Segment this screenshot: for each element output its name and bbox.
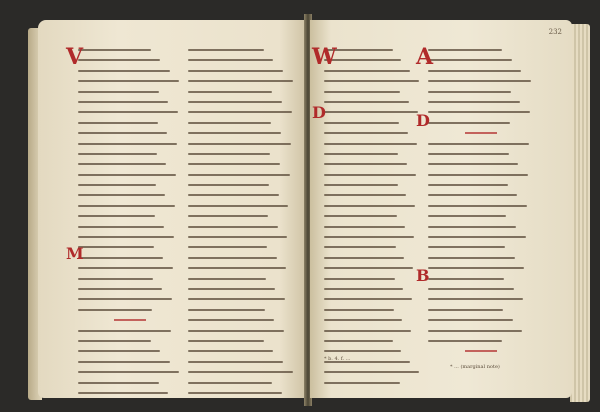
decorated-initial: D (312, 103, 326, 122)
text-line (324, 340, 422, 347)
text-line (428, 194, 534, 201)
text-line (428, 226, 534, 233)
text-line (188, 80, 296, 87)
text-line (188, 257, 296, 264)
text-line (324, 288, 422, 295)
text-line (78, 288, 182, 295)
text-line (324, 80, 422, 87)
text-line (324, 257, 422, 264)
text-line (78, 382, 182, 389)
text-line (324, 205, 422, 212)
left-page-column-2 (188, 46, 296, 399)
text-line (188, 288, 296, 295)
text-line (324, 267, 422, 274)
text-line (188, 340, 296, 347)
text-line (428, 278, 534, 285)
text-line (428, 205, 534, 212)
text-line (188, 184, 296, 191)
right-page-column-1: WD (324, 46, 422, 389)
text-line (428, 143, 534, 150)
text-line (78, 226, 182, 233)
text-line (78, 91, 182, 98)
text-line (188, 143, 296, 150)
text-line (78, 298, 182, 305)
text-line (324, 70, 422, 77)
text-line (78, 49, 182, 56)
text-line (324, 215, 422, 222)
text-line (78, 143, 182, 150)
text-line (78, 340, 182, 347)
rubric (428, 350, 534, 357)
text-line (78, 236, 182, 243)
text-line (188, 70, 296, 77)
text-line (428, 59, 534, 66)
rubric (78, 319, 182, 326)
text-line (428, 257, 534, 264)
text-line (428, 91, 534, 98)
text-line (324, 226, 422, 233)
text-line (78, 371, 182, 378)
text-line (324, 91, 422, 98)
text-line (324, 236, 422, 243)
text-line (428, 267, 534, 274)
text-line (428, 246, 534, 253)
text-line (324, 184, 422, 191)
text-line (324, 278, 422, 285)
text-line (188, 309, 296, 316)
text-line (188, 236, 296, 243)
folio-number: 232 (549, 28, 562, 36)
text-line (324, 101, 422, 108)
text-line (324, 174, 422, 181)
text-line (78, 267, 182, 274)
text-line (78, 153, 182, 160)
text-line (78, 111, 182, 118)
text-line (324, 163, 422, 170)
text-line (428, 101, 534, 108)
text-line (78, 122, 182, 129)
text-line (188, 174, 296, 181)
text-line (428, 163, 534, 170)
text-line (428, 184, 534, 191)
text-line (428, 122, 534, 129)
text-line (188, 298, 296, 305)
text-line (188, 153, 296, 160)
rubric (428, 132, 534, 139)
text-line (78, 80, 182, 87)
text-line (324, 122, 422, 129)
right-page-column-2: ADB (428, 46, 534, 358)
text-line (324, 49, 422, 56)
text-line (324, 330, 422, 337)
text-line (324, 319, 422, 326)
text-line (188, 132, 296, 139)
decorated-initial: M (66, 244, 84, 263)
text-line (78, 246, 182, 253)
text-line (324, 298, 422, 305)
text-line (428, 236, 534, 243)
text-line (188, 163, 296, 170)
text-line (324, 143, 422, 150)
text-line (78, 101, 182, 108)
text-line (78, 132, 182, 139)
text-line (324, 111, 422, 118)
text-line (78, 350, 182, 357)
text-line (188, 267, 296, 274)
text-line (324, 246, 422, 253)
text-line (324, 194, 422, 201)
text-line (428, 111, 534, 118)
text-line (188, 59, 296, 66)
text-line (428, 49, 534, 56)
text-line (188, 361, 296, 368)
text-line (188, 246, 296, 253)
text-line (78, 59, 182, 66)
text-line (428, 153, 534, 160)
text-line (188, 278, 296, 285)
page-edges-right (570, 24, 590, 402)
text-line (78, 194, 182, 201)
text-line (428, 298, 534, 305)
decorated-initial: D (416, 111, 430, 130)
text-line (78, 184, 182, 191)
text-line (324, 371, 422, 378)
text-line (78, 174, 182, 181)
text-line (188, 194, 296, 201)
text-line (188, 215, 296, 222)
right-page: 232 WD ADB * b. 4. f. ... * ... (margina… (310, 20, 572, 398)
text-line (188, 49, 296, 56)
text-line (188, 91, 296, 98)
open-manuscript: VM 232 WD ADB * b. 4. f. ... * ... (marg… (28, 14, 590, 406)
text-line (428, 80, 534, 87)
text-line (428, 309, 534, 316)
text-line (78, 392, 182, 399)
text-line (188, 350, 296, 357)
text-line (78, 278, 182, 285)
text-line (428, 340, 534, 347)
text-line (78, 361, 182, 368)
text-line (188, 371, 296, 378)
text-line (188, 111, 296, 118)
left-page: VM (38, 20, 306, 398)
text-line (78, 257, 182, 264)
text-line (428, 215, 534, 222)
footnote-left: * b. 4. f. ... (324, 356, 350, 362)
text-line (428, 319, 534, 326)
decorated-initial: V (66, 44, 83, 70)
left-page-column-1: VM (78, 46, 182, 399)
text-line (188, 330, 296, 337)
text-line (78, 309, 182, 316)
text-line (188, 226, 296, 233)
decorated-initial: W (312, 44, 337, 70)
text-line (324, 309, 422, 316)
text-line (428, 70, 534, 77)
decorated-initial: B (416, 266, 430, 285)
text-line (188, 205, 296, 212)
text-line (188, 382, 296, 389)
text-line (78, 205, 182, 212)
text-line (78, 215, 182, 222)
text-line (78, 70, 182, 77)
text-line (324, 153, 422, 160)
text-line (78, 163, 182, 170)
text-line (188, 392, 296, 399)
text-line (324, 132, 422, 139)
text-line (188, 319, 296, 326)
decorated-initial: A (416, 44, 433, 70)
text-line (188, 101, 296, 108)
text-line (324, 59, 422, 66)
text-line (324, 382, 422, 389)
text-line (188, 122, 296, 129)
text-line (78, 330, 182, 337)
footnote-right: * ... (marginal note) (450, 364, 500, 370)
text-line (428, 174, 534, 181)
text-line (428, 330, 534, 337)
text-line (428, 288, 534, 295)
